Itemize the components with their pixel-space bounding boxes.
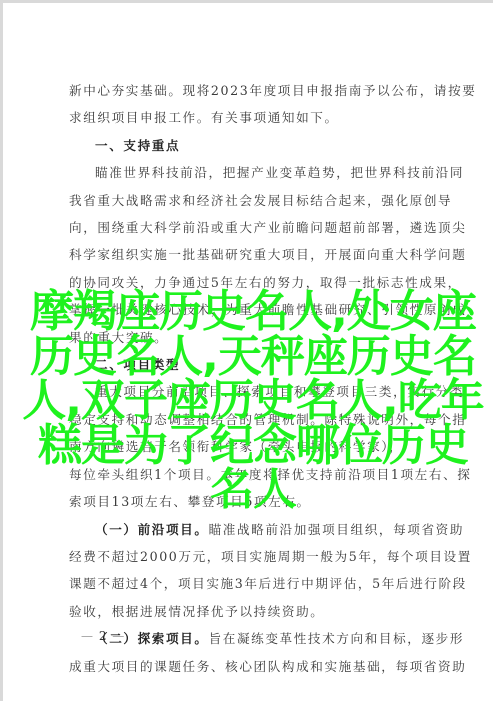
page-number-value: 2 <box>99 629 108 643</box>
page-number: — 2 — <box>81 629 125 643</box>
overlay-title: 摩羯座历史名人,处女座历史名人,天秤座历史名人,双子座历史名人,吃年糕是为了纪念… <box>18 290 488 513</box>
paragraph-line: 课题不超过4个，项目实施3年后进行中期评估，5年后进行阶段 <box>69 570 439 597</box>
paragraph-line: 科学家组织实施一批基础研究重大项目，开展面向重大科学问题 <box>69 241 439 268</box>
page-number-dash: — <box>81 629 94 643</box>
paragraph-text: 瞄准战略前沿加强项目组织，每项省资助 <box>209 522 465 537</box>
paragraph-line: 新中心夯实基础。现将2023年度项目申报指南予以公布，请按要 <box>69 77 439 104</box>
paragraph-text: 旨在凝练变革性技术方向和目标，逐步形 <box>209 631 465 646</box>
paragraph-line: 瞄准世界科技前沿，把握产业变革趋势，把世界科技前沿同 <box>69 159 439 186</box>
section-heading: 一、支持重点 <box>69 132 439 159</box>
paragraph-line: 验收，根据进展情况择优予以持续资助。 <box>69 598 439 625</box>
paragraph-line: 求组织项目申报工作。有关事项通知如下。 <box>69 104 439 131</box>
paragraph-line: 我省重大战略需求和经济社会发展目标结合起来，强化原创导 <box>69 187 439 214</box>
paragraph-line: 向，围绕重大科学前沿或重大产业前瞻问题超前部署，遴选顶尖 <box>69 214 439 241</box>
paragraph-line: 经费不超过2000万元，项目实施周期一般为5年，每个项目设置 <box>69 543 439 570</box>
paragraph-line: （一）前沿项目。瞄准战略前沿加强项目组织，每项省资助 <box>69 516 439 543</box>
paragraph-line: 成重大项目的课题任务、核心团队构成和实施基础，每项省资助 <box>69 653 439 680</box>
subsection-label: （一）前沿项目。 <box>95 522 209 537</box>
page-number-dash: — <box>112 629 125 643</box>
